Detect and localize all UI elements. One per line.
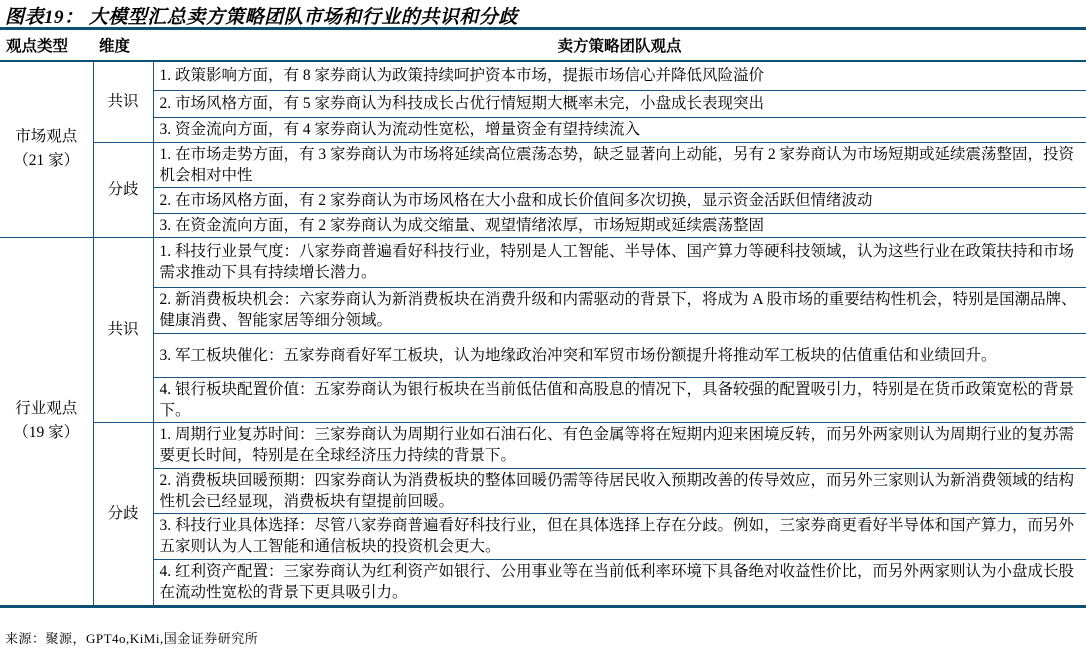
viewpoint-cell: 4. 红利资产配置：三家券商认为红利资产如银行、公用事业等在当前低利率环境下具备… [153, 559, 1086, 606]
viewpoint-cell: 4. 银行板块配置价值：五家券商认为银行板块在当前低估值和高股息的情况下，具备较… [153, 377, 1086, 422]
category-label: 行业观点 [2, 397, 91, 421]
table-row: 市场观点 （21 家） 共识 1. 政策影响方面，有 8 家券商认为政策持续呵护… [0, 61, 1086, 90]
viewpoint-cell: 3. 军工板块催化：五家券商看好军工板块，认为地缘政治冲突和军贸市场份额提升将推… [153, 333, 1086, 377]
table-row: 2. 消费板块回暖预期：四家券商认为消费板块的整体回暖仍需等待居民收入预期改善的… [0, 468, 1086, 513]
header-team-viewpoint: 卖方策略团队观点 [153, 29, 1086, 62]
table-row: 2. 在市场风格方面，有 2 家券商认为市场风格在大小盘和成长价值间多次切换，显… [0, 187, 1086, 213]
dimension-cell-divergence: 分歧 [93, 422, 153, 606]
table-header-row: 观点类型 维度 卖方策略团队观点 [0, 29, 1086, 62]
dimension-cell-consensus: 共识 [93, 61, 153, 142]
viewpoint-cell: 3. 资金流向方面，有 4 家券商认为流动性宽松，增量资金有望持续流入 [153, 117, 1086, 142]
viewpoint-cell: 2. 新消费板块机会：六家券商认为新消费板块在消费升级和内需驱动的背景下，将成为… [153, 287, 1086, 333]
source-note: 来源：聚源，GPT4o,KiMi,国金证券研究所 [5, 628, 258, 647]
viewpoint-cell: 1. 科技行业景气度：八家券商普遍看好科技行业，特别是人工智能、半导体、国产算力… [153, 237, 1086, 287]
category-count: （21 家） [2, 149, 91, 173]
table-row: 3. 资金流向方面，有 4 家券商认为流动性宽松，增量资金有望持续流入 [0, 117, 1086, 142]
table-row: 3. 科技行业具体选择：尽管八家券商普遍看好科技行业，但在具体选择上存在分歧。例… [0, 513, 1086, 559]
table-row: 3. 军工板块催化：五家券商看好军工板块，认为地缘政治冲突和军贸市场份额提升将推… [0, 333, 1086, 377]
header-dimension: 维度 [93, 29, 153, 62]
dimension-cell-divergence: 分歧 [93, 142, 153, 237]
viewpoint-cell: 2. 消费板块回暖预期：四家券商认为消费板块的整体回暖仍需等待居民收入预期改善的… [153, 468, 1086, 513]
category-label: 市场观点 [2, 125, 91, 149]
category-cell-industry: 行业观点 （19 家） [0, 237, 93, 606]
table-row: 2. 新消费板块机会：六家券商认为新消费板块在消费升级和内需驱动的背景下，将成为… [0, 287, 1086, 333]
header-viewpoint-type: 观点类型 [0, 29, 93, 62]
category-cell-market: 市场观点 （21 家） [0, 61, 93, 237]
viewpoint-cell: 1. 在市场走势方面，有 3 家券商认为市场将延续高位震荡态势，缺乏显著向上动能… [153, 142, 1086, 187]
viewpoint-cell: 1. 政策影响方面，有 8 家券商认为政策持续呵护资本市场，提振市场信心并降低风… [153, 61, 1086, 90]
figure-title: 图表19： 大模型汇总卖方策略团队市场和行业的共识和分歧 [5, 2, 518, 29]
report-figure-page: 图表19： 大模型汇总卖方策略团队市场和行业的共识和分歧 观点类型 维度 卖方策… [0, 0, 1086, 650]
table-row: 4. 红利资产配置：三家券商认为红利资产如银行、公用事业等在当前低利率环境下具备… [0, 559, 1086, 606]
table-row: 分歧 1. 在市场走势方面，有 3 家券商认为市场将延续高位震荡态势，缺乏显著向… [0, 142, 1086, 187]
dimension-cell-consensus: 共识 [93, 237, 153, 422]
viewpoint-cell: 3. 在资金流向方面，有 2 家券商认为成交缩量、观望情绪浓厚，市场短期或延续震… [153, 213, 1086, 237]
table-row: 分歧 1. 周期行业复苏时间：三家券商认为周期行业如石油石化、有色金属等将在短期… [0, 422, 1086, 468]
table-row: 3. 在资金流向方面，有 2 家券商认为成交缩量、观望情绪浓厚，市场短期或延续震… [0, 213, 1086, 237]
table-row: 4. 银行板块配置价值：五家券商认为银行板块在当前低估值和高股息的情况下，具备较… [0, 377, 1086, 422]
consensus-divergence-table: 观点类型 维度 卖方策略团队观点 市场观点 （21 家） 共识 1. 政策影响方… [0, 27, 1086, 608]
viewpoint-cell: 2. 在市场风格方面，有 2 家券商认为市场风格在大小盘和成长价值间多次切换，显… [153, 187, 1086, 213]
viewpoint-cell: 3. 科技行业具体选择：尽管八家券商普遍看好科技行业，但在具体选择上存在分歧。例… [153, 513, 1086, 559]
table-row: 行业观点 （19 家） 共识 1. 科技行业景气度：八家券商普遍看好科技行业，特… [0, 237, 1086, 287]
viewpoint-cell: 1. 周期行业复苏时间：三家券商认为周期行业如石油石化、有色金属等将在短期内迎来… [153, 422, 1086, 468]
viewpoint-cell: 2. 市场风格方面，有 5 家券商认为科技成长占优行情短期大概率未完，小盘成长表… [153, 90, 1086, 117]
table-row: 2. 市场风格方面，有 5 家券商认为科技成长占优行情短期大概率未完，小盘成长表… [0, 90, 1086, 117]
category-count: （19 家） [2, 421, 91, 445]
